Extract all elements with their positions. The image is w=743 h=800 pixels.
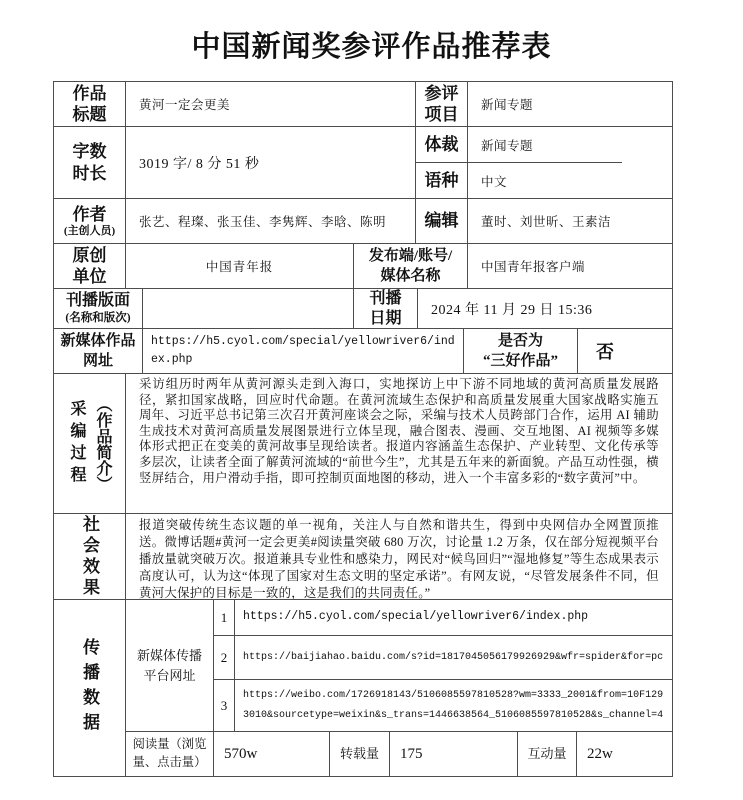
authors-label: 作者 (主创人员) xyxy=(54,199,126,243)
publish-channel-label-line1: 发布端/账号/ xyxy=(354,246,467,266)
row-new-media-url: 新媒体作品 网址 https://h5.cyol.com/special/yel… xyxy=(54,329,672,374)
original-unit-value: 中国青年报 xyxy=(126,244,354,288)
read-count-label: 阅读量（浏览 量、点击量） xyxy=(126,732,214,776)
row-authors-editors: 作者 (主创人员) 张艺、程璨、张玉佳、李隽辉、李晗、陈明 编辑 董时、刘世昕、… xyxy=(54,199,672,244)
entry-category-label-line1: 参评 xyxy=(416,83,467,104)
publish-date-value: 2024 年 11 月 29 日 15:36 xyxy=(418,289,672,328)
platform-url-label: 新媒体传播 平台网址 xyxy=(126,600,214,731)
authors-label-line1: 作者 xyxy=(54,204,125,225)
process-intro-text: 采访组历时两年从黄河源头走到入海口，实地探访上中下游不同地域的黄河高质量发展路径… xyxy=(126,374,672,513)
word-count-label: 字数 时长 xyxy=(54,127,126,198)
social-effect-label: 社会效果 xyxy=(54,514,126,599)
recommendation-form-table: 作品 标题 黄河一定会更美 参评 项目 新闻专题 字数 时长 3019 字/ 8… xyxy=(53,81,673,777)
authors-label-line2: (主创人员) xyxy=(54,225,125,239)
work-title-label-line2: 标题 xyxy=(54,104,125,125)
url-row-2: 2 https://baijiahao.baidu.com/s?id=18170… xyxy=(214,636,672,680)
work-title-label: 作品 标题 xyxy=(54,82,126,126)
publish-channel-label: 发布端/账号/ 媒体名称 xyxy=(354,244,468,288)
word-count-label-line1: 字数 xyxy=(54,141,125,162)
publish-date-label: 刊播 日期 xyxy=(354,289,418,328)
url-row-3: 3 https://weibo.com/1726918143/510608559… xyxy=(214,680,672,731)
row-length-genre: 字数 时长 3019 字/ 8 分 51 秒 体裁 新闻专题 语种 中文 xyxy=(54,127,672,199)
metrics-row: 阅读量（浏览 量、点击量） 570w 转载量 175 互动量 22w xyxy=(126,732,672,776)
new-media-url-label-line2: 网址 xyxy=(54,351,142,371)
publish-channel-value: 中国青年报客户端 xyxy=(468,244,672,288)
platform-url-rows: 1 https://h5.cyol.com/special/yellowrive… xyxy=(214,600,672,731)
three-good-label: 是否为 “三好作品” xyxy=(464,329,578,373)
new-media-url-label: 新媒体作品 网址 xyxy=(54,329,143,373)
process-label-main: 采编过程 xyxy=(65,400,88,488)
social-effect-label-text: 社会效果 xyxy=(77,515,102,599)
url-3-number: 3 xyxy=(214,680,235,731)
work-title-value: 黄河一定会更美 xyxy=(126,82,416,126)
genre-language-block: 体裁 新闻专题 语种 中文 xyxy=(416,127,622,198)
repost-count-value: 175 xyxy=(390,732,518,776)
page-title: 中国新闻奖参评作品推荐表 xyxy=(0,24,743,65)
read-count-label-line1: 阅读量（浏览 xyxy=(126,736,213,754)
url-2-value: https://baijiahao.baidu.com/s?id=1817045… xyxy=(235,636,672,679)
entry-category-label: 参评 项目 xyxy=(416,82,468,126)
word-count-label-line2: 时长 xyxy=(54,163,125,184)
language-label: 语种 xyxy=(416,163,468,198)
read-count-value: 570w xyxy=(214,732,330,776)
entry-category-label-line2: 项目 xyxy=(416,104,467,125)
three-good-value: 否 xyxy=(578,329,672,373)
original-unit-label-line2: 单位 xyxy=(54,266,125,287)
editors-label: 编辑 xyxy=(416,199,468,243)
read-count-label-line2: 量、点击量） xyxy=(126,754,213,772)
spread-data-label: 传播数据 xyxy=(54,600,126,776)
social-effect-text: 报道突破传统生态议题的单一视角，关注人与自然和谐共生，得到中央网信办全网置顶推送… xyxy=(126,514,672,599)
publish-channel-label-line2: 媒体名称 xyxy=(354,266,467,286)
platform-url-label-line1: 新媒体传播 xyxy=(126,646,213,666)
publish-page-label-line1: 刊播版面 xyxy=(54,291,142,311)
interact-count-value: 22w xyxy=(577,732,672,776)
url-2-number: 2 xyxy=(214,636,235,679)
language-value: 中文 xyxy=(468,163,622,198)
process-label-paren: （作品简介） xyxy=(91,396,114,492)
entry-category-value: 新闻专题 xyxy=(468,82,672,126)
row-original-unit: 原创 单位 中国青年报 发布端/账号/ 媒体名称 中国青年报客户端 xyxy=(54,244,672,289)
three-good-label-line2: “三好作品” xyxy=(464,351,577,371)
url-3-value: https://weibo.com/1726918143/51060855978… xyxy=(235,680,672,731)
new-media-url-value: https://h5.cyol.com/special/yellowriver6… xyxy=(143,329,464,373)
interact-count-label: 互动量 xyxy=(518,732,577,776)
repost-count-label: 转载量 xyxy=(330,732,390,776)
url-1-value: https://h5.cyol.com/special/yellowriver6… xyxy=(235,600,672,635)
url-row-1: 1 https://h5.cyol.com/special/yellowrive… xyxy=(214,600,672,636)
spread-data-label-text: 传播数据 xyxy=(77,638,102,738)
publish-page-value xyxy=(143,289,354,328)
three-good-label-line1: 是否为 xyxy=(464,331,577,351)
authors-value: 张艺、程璨、张玉佳、李隽辉、李晗、陈明 xyxy=(126,199,416,243)
editors-value: 董时、刘世昕、王素洁 xyxy=(468,199,672,243)
word-count-value: 3019 字/ 8 分 51 秒 xyxy=(126,127,416,198)
new-media-url-label-line1: 新媒体作品 xyxy=(54,331,142,351)
original-unit-label: 原创 单位 xyxy=(54,244,126,288)
row-process-intro: 采编过程 （作品简介） 采访组历时两年从黄河源头走到入海口，实地探访上中下游不同… xyxy=(54,374,672,514)
publish-page-label: 刊播版面 (名称和版次) xyxy=(54,289,143,328)
genre-label: 体裁 xyxy=(416,127,468,162)
row-work-title: 作品 标题 黄河一定会更美 参评 项目 新闻专题 xyxy=(54,82,672,127)
row-spread-data: 传播数据 新媒体传播 平台网址 1 https://h5.cyol.com/sp… xyxy=(54,600,672,776)
publish-date-label-line1: 刊播 xyxy=(354,289,417,309)
genre-subrow: 体裁 新闻专题 xyxy=(416,127,622,163)
publish-page-label-line2: (名称和版次) xyxy=(54,311,142,325)
original-unit-label-line1: 原创 xyxy=(54,245,125,266)
work-title-label-line1: 作品 xyxy=(54,83,125,104)
publish-date-label-line2: 日期 xyxy=(354,309,417,329)
process-intro-label: 采编过程 （作品简介） xyxy=(54,374,126,513)
genre-value: 新闻专题 xyxy=(468,127,622,162)
row-social-effect: 社会效果 报道突破传统生态议题的单一视角，关注人与自然和谐共生，得到中央网信办全… xyxy=(54,514,672,600)
language-subrow: 语种 中文 xyxy=(416,163,622,198)
spread-data-block: 新媒体传播 平台网址 1 https://h5.cyol.com/special… xyxy=(126,600,672,776)
row-publish-page-date: 刊播版面 (名称和版次) 刊播 日期 2024 年 11 月 29 日 15:3… xyxy=(54,289,672,329)
platform-urls-block: 新媒体传播 平台网址 1 https://h5.cyol.com/special… xyxy=(126,600,672,732)
platform-url-label-line2: 平台网址 xyxy=(126,666,213,686)
page: 中国新闻奖参评作品推荐表 作品 标题 黄河一定会更美 参评 项目 新闻专题 字数… xyxy=(0,24,743,777)
url-1-number: 1 xyxy=(214,600,235,635)
